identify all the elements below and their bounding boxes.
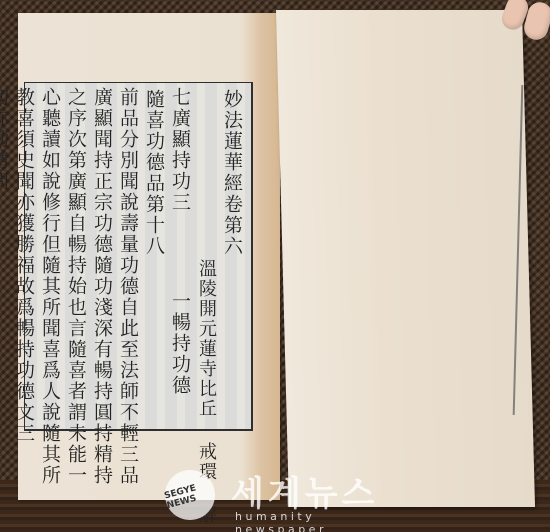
segye-news-logo: SEGYE NEWS bbox=[159, 464, 220, 525]
author-line: 溫陵開元蓮寺比丘 戒環 解 bbox=[193, 87, 219, 425]
text-columns: 妙法蓮華經卷第六 溫陵開元蓮寺比丘 戒環 解 七廣顯持功三一暢持功德 隨喜功德品… bbox=[29, 87, 245, 425]
printed-text-frame: 妙法蓮華經卷第六 溫陵開元蓮寺比丘 戒環 解 七廣顯持功三一暢持功德 隨喜功德品… bbox=[24, 82, 253, 431]
news-watermark: SEGYE NEWS 세계뉴스 humanity newspaper bbox=[165, 466, 395, 526]
body-column: 前品分別聞說壽量功德自此至法師不輕三品 bbox=[115, 87, 141, 425]
subsection-text: 一暢持功德 bbox=[169, 291, 191, 396]
chapter-title: 隨喜功德品第十八 bbox=[141, 87, 167, 425]
body-column: 廣顯聞持正宗功德隨功淺深有暢持圓持精持 bbox=[89, 87, 115, 425]
body-column: 之序次第廣顯自暢持始也言隨喜者謂未能一 bbox=[63, 87, 89, 425]
hand-fingers bbox=[496, 0, 550, 42]
section-text: 七廣顯持功三 bbox=[169, 87, 191, 213]
watermark-title: 세계뉴스 bbox=[231, 466, 378, 515]
watermark-subtitle: humanity newspaper bbox=[235, 510, 395, 532]
body-column: 心聽讀如說修行但隨其所聞喜爲人說隨其所 bbox=[37, 87, 63, 425]
body-column: 教喜須史聞亦獲勝福故爲暢持功德文三 bbox=[11, 87, 37, 425]
body-column: 初弥勒請問 bbox=[0, 87, 11, 425]
right-page-blank bbox=[276, 10, 535, 507]
sutra-title: 妙法蓮華經卷第六 bbox=[219, 87, 245, 425]
section-heading: 七廣顯持功三一暢持功德 bbox=[167, 87, 193, 425]
